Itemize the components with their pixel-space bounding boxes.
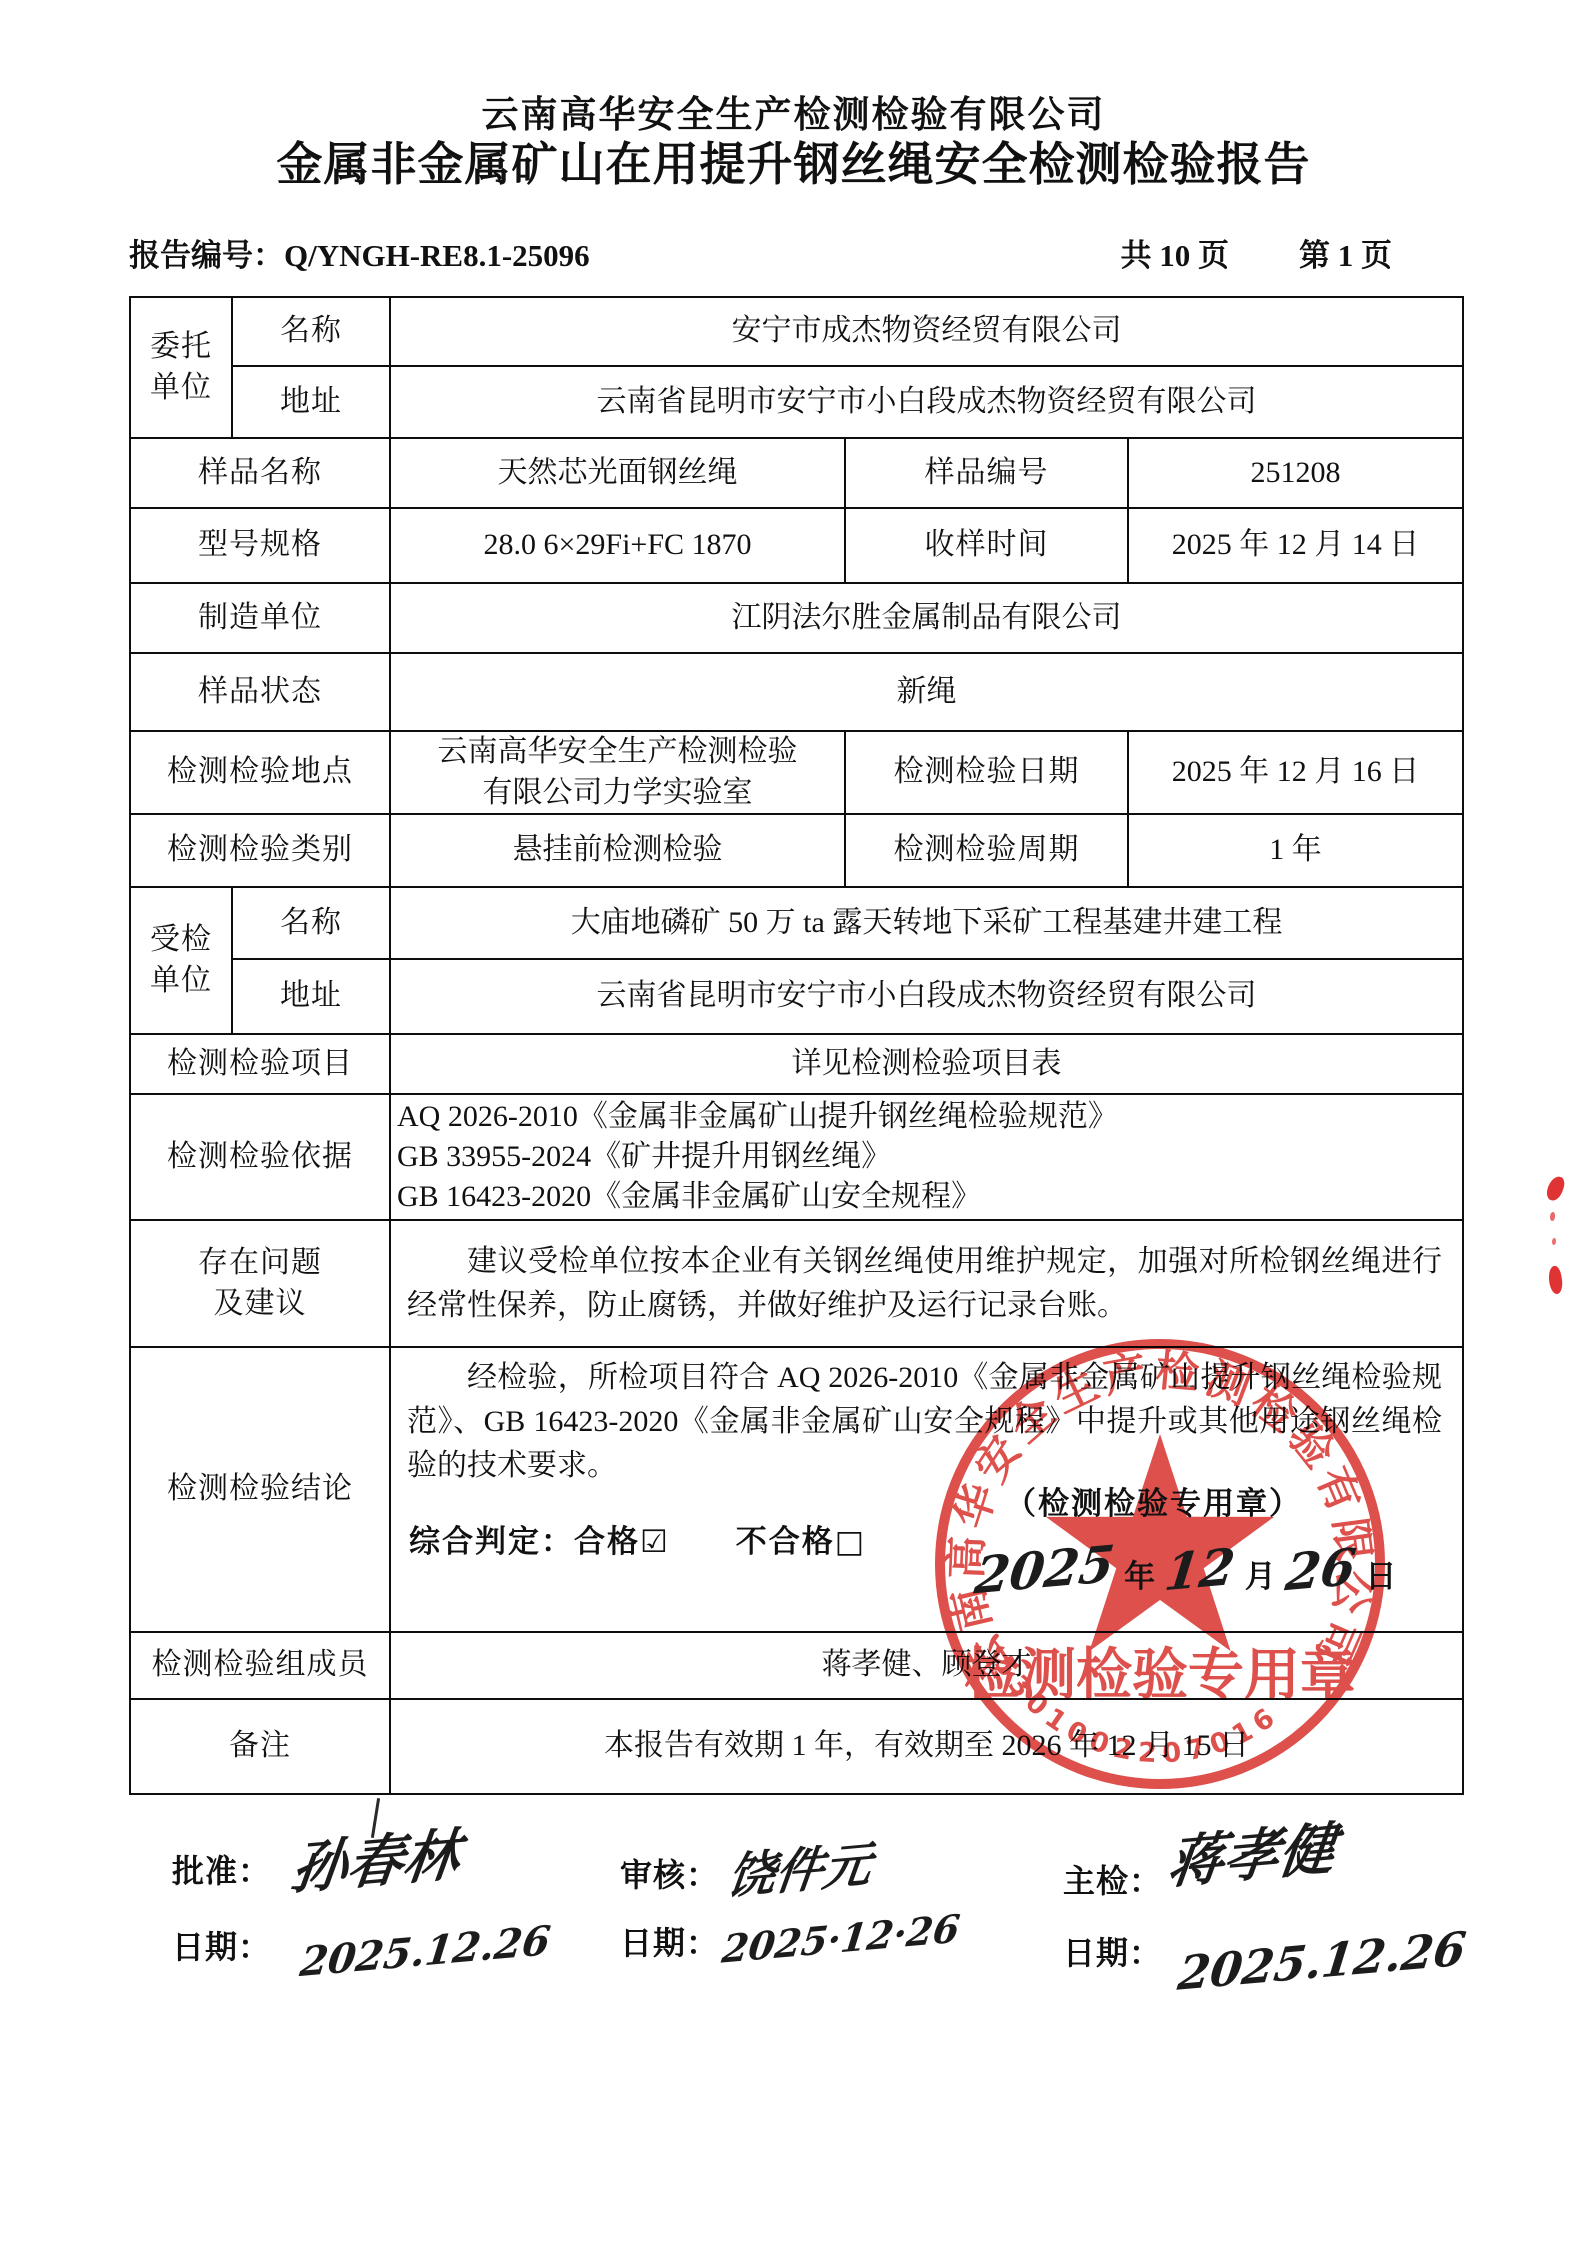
table-row: 检测检验项目 详见检测检验项目表 xyxy=(130,1034,1463,1094)
category-value: 悬挂前检测检验 xyxy=(390,814,845,887)
conclusion-label: 检测检验结论 xyxy=(130,1347,390,1632)
sample-no-value: 251208 xyxy=(1128,438,1463,508)
client-group-label-line2: 单位 xyxy=(137,368,225,409)
red-ink-dot xyxy=(1552,1238,1556,1245)
issues-value: 建议受检单位按本企业有关钢丝绳使用维护规定，加强对所检钢丝绳进行经常性保养，防止… xyxy=(390,1220,1463,1347)
table-row: 地址 云南省昆明市安宁市小白段成杰物资经贸有限公司 xyxy=(130,366,1463,438)
chief-date: 2025.12.26 xyxy=(1175,1921,1469,2001)
insp-date-label: 检测检验日期 xyxy=(845,731,1128,814)
table-row: 备注 本报告有效期 1 年，有效期至 2026 年 12 月 15 日 xyxy=(130,1699,1463,1794)
remark-value: 本报告有效期 1 年，有效期至 2026 年 12 月 15 日 xyxy=(390,1699,1463,1794)
inspected-group-label-line2: 单位 xyxy=(137,961,225,1002)
approve-label: 批准： xyxy=(172,1846,271,1892)
pages-total: 共 10 页 xyxy=(1121,230,1230,275)
table-row: 样品状态 新绳 xyxy=(130,653,1463,731)
items-label: 检测检验项目 xyxy=(130,1034,390,1094)
sample-name-label: 样品名称 xyxy=(130,438,390,508)
sample-name-value: 天然芯光面钢丝绳 xyxy=(390,438,845,508)
inspected-name-label: 名称 xyxy=(232,887,390,959)
chief-date-label: 日期： xyxy=(1063,1928,1162,1974)
sample-no-label: 样品编号 xyxy=(845,438,1128,508)
day-char: 日 xyxy=(1365,1559,1396,1594)
cycle-value: 1 年 xyxy=(1128,814,1463,887)
red-ink-dot xyxy=(1550,1212,1555,1221)
issues-paragraph: 建议受检单位按本企业有关钢丝绳使用维护规定，加强对所检钢丝绳进行经常性保养，防止… xyxy=(397,1240,1456,1328)
table-row: 检测检验类别 悬挂前检测检验 检测检验周期 1 年 xyxy=(130,814,1463,887)
seal-note: （检测检验专用章） xyxy=(1005,1478,1302,1523)
approve-signature: 孙春林 xyxy=(287,1810,464,1906)
inspected-name-value: 大庙地磷矿 50 万 ta 露天转地下采矿工程基建井建工程 xyxy=(390,887,1463,959)
report-page: 云南高华安全生产检测检验有限公司 金属非金属矿山在用提升钢丝绳安全检测检验报告 … xyxy=(0,0,1587,2244)
items-value: 详见检测检验项目表 xyxy=(390,1034,1463,1094)
model-label: 型号规格 xyxy=(130,508,390,583)
handwritten-seal-year: 2025 xyxy=(972,1534,1118,1606)
table-row: 受检 单位 名称 大庙地磷矿 50 万 ta 露天转地下采矿工程基建井建工程 xyxy=(130,887,1463,959)
review-date-label: 日期： xyxy=(620,1918,719,1964)
model-value: 28.0 6×29Fi+FC 1870 xyxy=(390,508,845,583)
review-signature: 饶件元 xyxy=(724,1825,876,1908)
page-current: 第 1 页 xyxy=(1299,230,1392,275)
table-row: 检测检验组成员 蒋孝健、顾登才 xyxy=(130,1632,1463,1699)
basis-label: 检测检验依据 xyxy=(130,1094,390,1220)
month-char: 月 xyxy=(1245,1559,1276,1594)
basis-line-3: GB 16423-2020《金属非金属矿山安全规程》 xyxy=(397,1177,1456,1217)
handwritten-seal-day: 26 xyxy=(1282,1537,1359,1603)
table-row: 地址 云南省昆明市安宁市小白段成杰物资经贸有限公司 xyxy=(130,959,1463,1034)
table-row: 检测检验依据 AQ 2026-2010《金属非金属矿山提升钢丝绳检验规范》 GB… xyxy=(130,1094,1463,1220)
year-char: 年 xyxy=(1124,1559,1155,1594)
table-row: 制造单位 江阴法尔胜金属制品有限公司 xyxy=(130,583,1463,653)
client-name-value: 安宁市成杰物资经贸有限公司 xyxy=(390,297,1463,366)
received-label: 收样时间 xyxy=(845,508,1128,583)
location-label: 检测检验地点 xyxy=(130,731,390,814)
remark-label: 备注 xyxy=(130,1699,390,1794)
client-addr-value: 云南省昆明市安宁市小白段成杰物资经贸有限公司 xyxy=(390,366,1463,438)
issues-label: 存在问题 及建议 xyxy=(130,1220,390,1347)
table-row: 委托 单位 名称 安宁市成杰物资经贸有限公司 xyxy=(130,297,1463,366)
issues-label-line2: 及建议 xyxy=(137,1284,383,1325)
manufacturer-label: 制造单位 xyxy=(130,583,390,653)
category-label: 检测检验类别 xyxy=(130,814,390,887)
cycle-label: 检测检验周期 xyxy=(845,814,1128,887)
report-number: 报告编号：Q/YNGH-RE8.1-25096 xyxy=(129,230,590,275)
client-group-label: 委托 单位 xyxy=(130,297,232,438)
client-name-label: 名称 xyxy=(232,297,390,366)
review-label: 审核： xyxy=(620,1850,719,1896)
basis-line-2: GB 33955-2024《矿井提升用钢丝绳》 xyxy=(397,1137,1456,1177)
inspected-group-label: 受检 单位 xyxy=(130,887,232,1034)
page-title: 金属非金属矿山在用提升钢丝绳安全检测检验报告 xyxy=(0,128,1587,194)
members-value: 蒋孝健、顾登才 xyxy=(390,1632,1463,1699)
seal-date-line: 2025年12月26日 xyxy=(975,1540,1415,1599)
members-label: 检测检验组成员 xyxy=(130,1632,390,1699)
chief-signature: 蒋孝健 xyxy=(1163,1804,1340,1900)
handwritten-seal-month: 12 xyxy=(1162,1537,1239,1603)
inspected-addr-value: 云南省昆明市安宁市小白段成杰物资经贸有限公司 xyxy=(390,959,1463,1034)
inspected-group-label-line1: 受检 xyxy=(137,920,225,961)
manufacturer-value: 江阴法尔胜金属制品有限公司 xyxy=(390,583,1463,653)
table-row: 型号规格 28.0 6×29Fi+FC 1870 收样时间 2025 年 12 … xyxy=(130,508,1463,583)
table-row: 检测检验地点 云南高华安全生产检测检验有限公司力学实验室 检测检验日期 2025… xyxy=(130,731,1463,814)
chief-label: 主检： xyxy=(1063,1856,1162,1902)
report-meta-row: 报告编号：Q/YNGH-RE8.1-25096 共 10 页 第 1 页 xyxy=(129,228,1462,276)
insp-date-value: 2025 年 12 月 16 日 xyxy=(1128,731,1463,814)
red-ink-smudge xyxy=(1545,1174,1567,1202)
basis-line-1: AQ 2026-2010《金属非金属矿山提升钢丝绳检验规范》 xyxy=(397,1097,1456,1137)
sample-state-value: 新绳 xyxy=(390,653,1463,731)
inspected-addr-label: 地址 xyxy=(232,959,390,1034)
approve-date-label: 日期： xyxy=(172,1922,271,1968)
conclusion-paragraph: 经检验，所检项目符合 AQ 2026-2010《金属非金属矿山提升钢丝绳检验规范… xyxy=(397,1350,1456,1488)
sample-state-label: 样品状态 xyxy=(130,653,390,731)
received-value: 2025 年 12 月 14 日 xyxy=(1128,508,1463,583)
red-ink-smudge xyxy=(1547,1265,1565,1295)
basis-value: AQ 2026-2010《金属非金属矿山提升钢丝绳检验规范》 GB 33955-… xyxy=(390,1094,1463,1220)
table-row: 存在问题 及建议 建议受检单位按本企业有关钢丝绳使用维护规定，加强对所检钢丝绳进… xyxy=(130,1220,1463,1347)
approve-date: 2025.12.26 xyxy=(298,1917,553,1987)
client-group-label-line1: 委托 xyxy=(137,327,225,368)
issues-label-line1: 存在问题 xyxy=(137,1243,383,1284)
review-date: 2025·12·26 xyxy=(720,1905,963,1971)
location-value: 云南高华安全生产检测检验有限公司力学实验室 xyxy=(390,731,845,814)
table-row: 样品名称 天然芯光面钢丝绳 样品编号 251208 xyxy=(130,438,1463,508)
client-addr-label: 地址 xyxy=(232,366,390,438)
